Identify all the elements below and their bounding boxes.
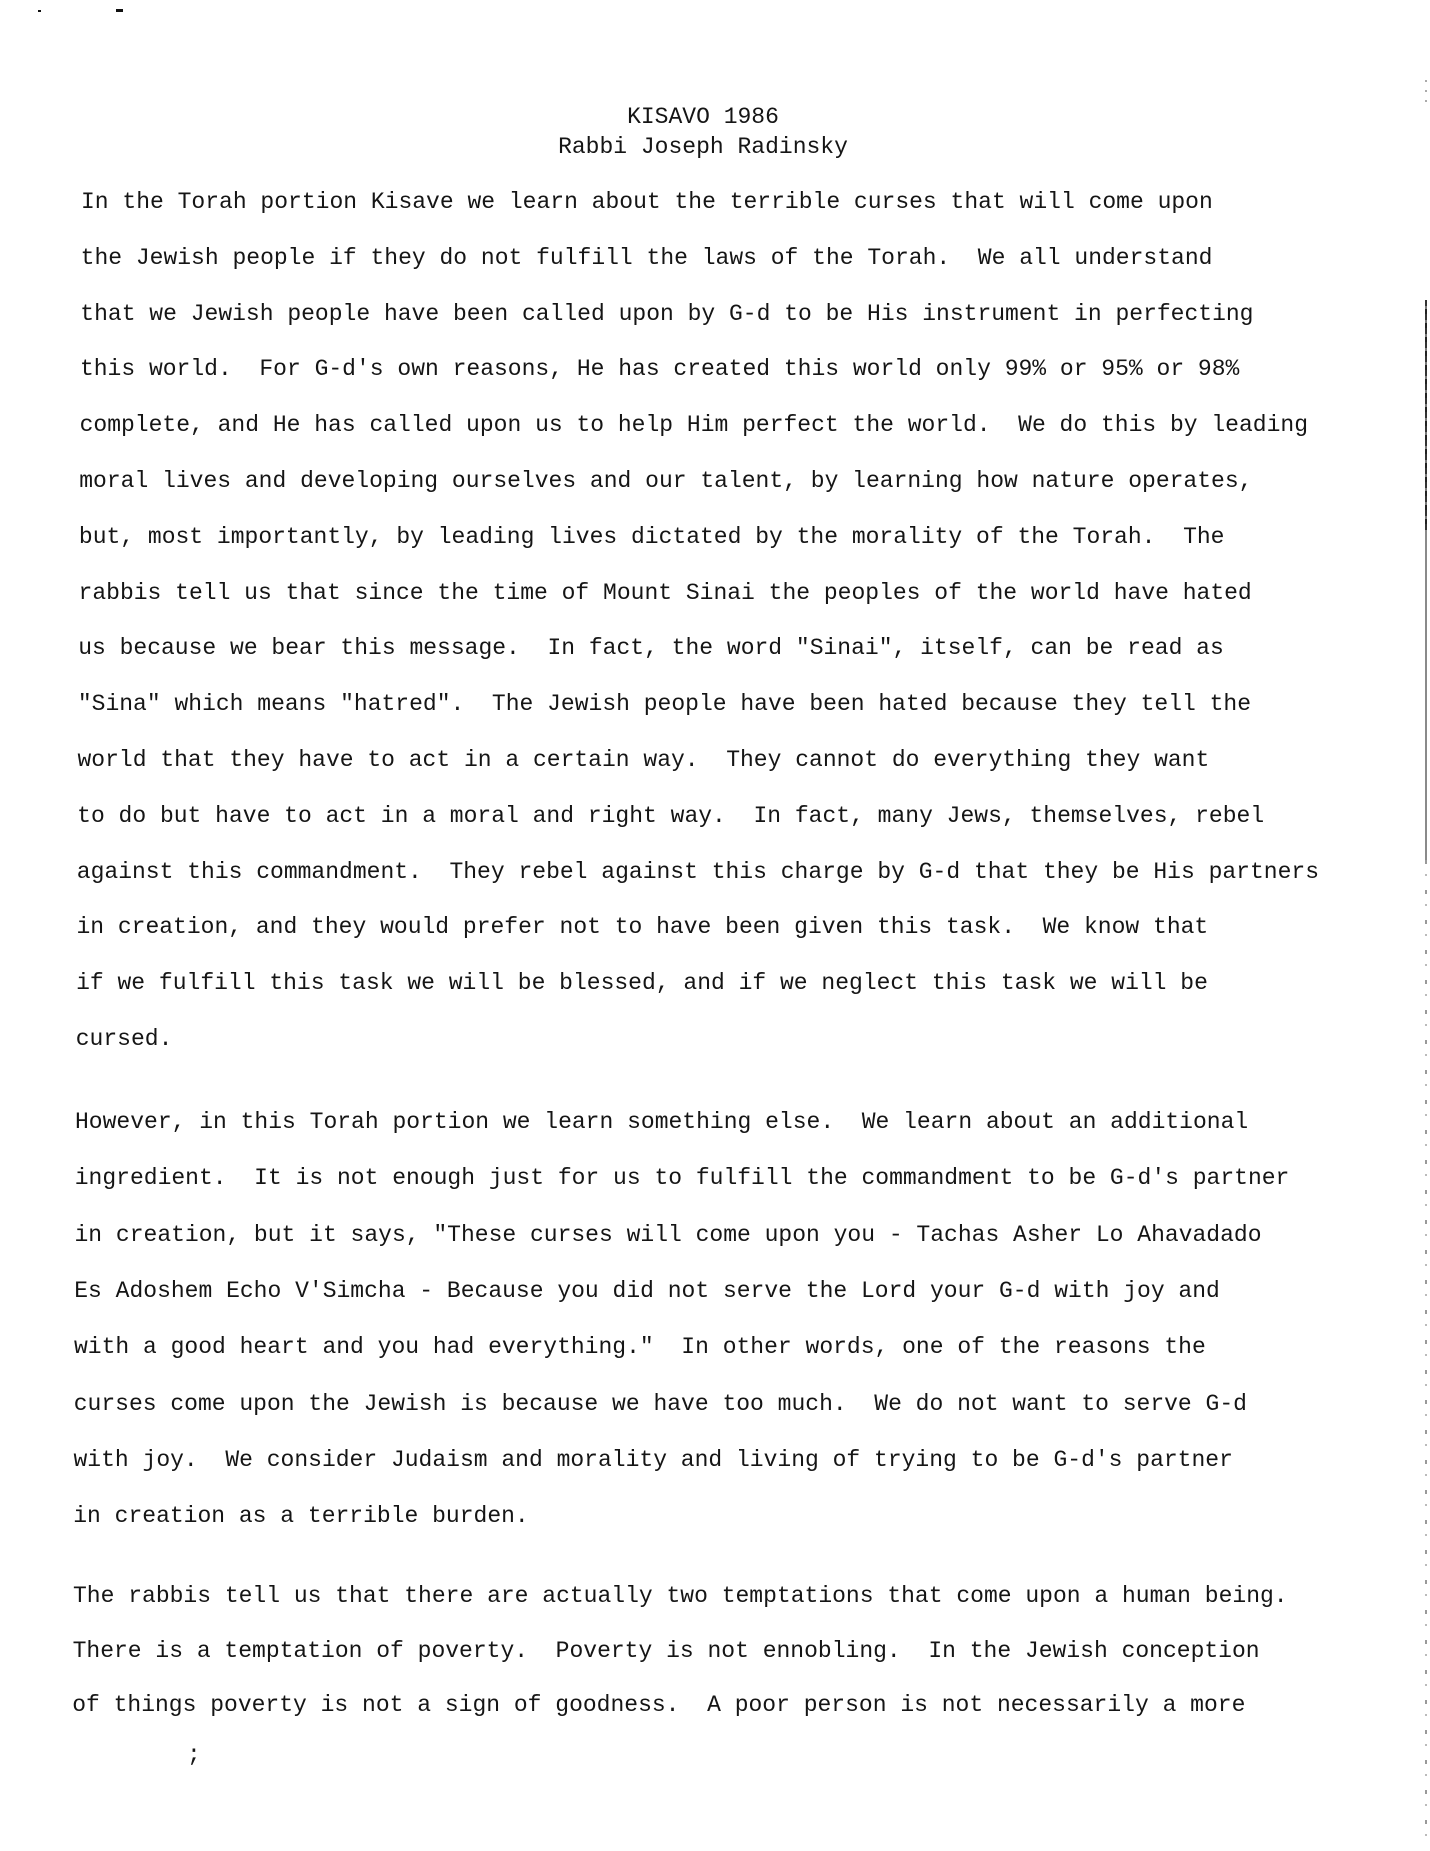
text-line: the Jewish people if they do not fulfill…: [81, 244, 1213, 272]
text-line: in creation, but it says, "These curses …: [75, 1221, 1262, 1249]
text-line: in creation, and they would prefer not t…: [76, 913, 1208, 941]
text-line: ingredient. It is not enough just for us…: [75, 1164, 1290, 1192]
text-line: against this commandment. They rebel aga…: [77, 858, 1319, 886]
scan-edge-line: [1425, 530, 1427, 860]
scan-edge-line: [1425, 860, 1427, 1840]
text-line: Es Adoshem Echo V'Simcha - Because you d…: [74, 1277, 1220, 1305]
scan-edge-line: [1425, 300, 1427, 530]
text-line: that we Jewish people have been called u…: [80, 300, 1253, 328]
text-line: world that they have to act in a certain…: [78, 746, 1210, 774]
text-line: us because we bear this message. In fact…: [78, 634, 1224, 662]
text-line: if we fulfill this task we will be bless…: [76, 969, 1208, 997]
document-title: KISAVO 1986: [0, 103, 1418, 131]
scan-edge-line: [1425, 80, 1427, 110]
scan-speck: [116, 9, 123, 12]
text-line: rabbis tell us that since the time of Mo…: [79, 579, 1252, 607]
text-line: in creation as a terrible burden.: [73, 1502, 528, 1530]
text-line: moral lives and developing ourselves and…: [79, 467, 1252, 495]
document-author: Rabbi Joseph Radinsky: [0, 133, 1418, 161]
scan-speck: [38, 10, 41, 12]
text-line: complete, and He has called upon us to h…: [80, 411, 1308, 439]
text-line: this world. For G-d's own reasons, He ha…: [80, 355, 1239, 383]
text-line: with a good heart and you had everything…: [74, 1333, 1206, 1361]
stray-mark: ;: [187, 1741, 201, 1769]
text-line: However, in this Torah portion we learn …: [75, 1108, 1248, 1136]
text-line: of things poverty is not a sign of goodn…: [72, 1691, 1245, 1719]
text-line: There is a temptation of poverty. Povert…: [73, 1637, 1260, 1665]
text-line: "Sina" which means "hatred". The Jewish …: [78, 690, 1251, 718]
text-line: curses come upon the Jewish is because w…: [74, 1390, 1247, 1418]
scanned-document-page: KISAVO 1986 Rabbi Joseph Radinsky In the…: [0, 0, 1430, 1851]
text-line: cursed.: [76, 1025, 173, 1053]
text-line: with joy. We consider Judaism and morali…: [74, 1446, 1233, 1474]
text-line: The rabbis tell us that there are actual…: [73, 1582, 1288, 1610]
text-line: In the Torah portion Kisave we learn abo…: [81, 188, 1213, 216]
text-line: to do but have to act in a moral and rig…: [77, 802, 1264, 830]
text-line: but, most importantly, by leading lives …: [79, 523, 1225, 551]
